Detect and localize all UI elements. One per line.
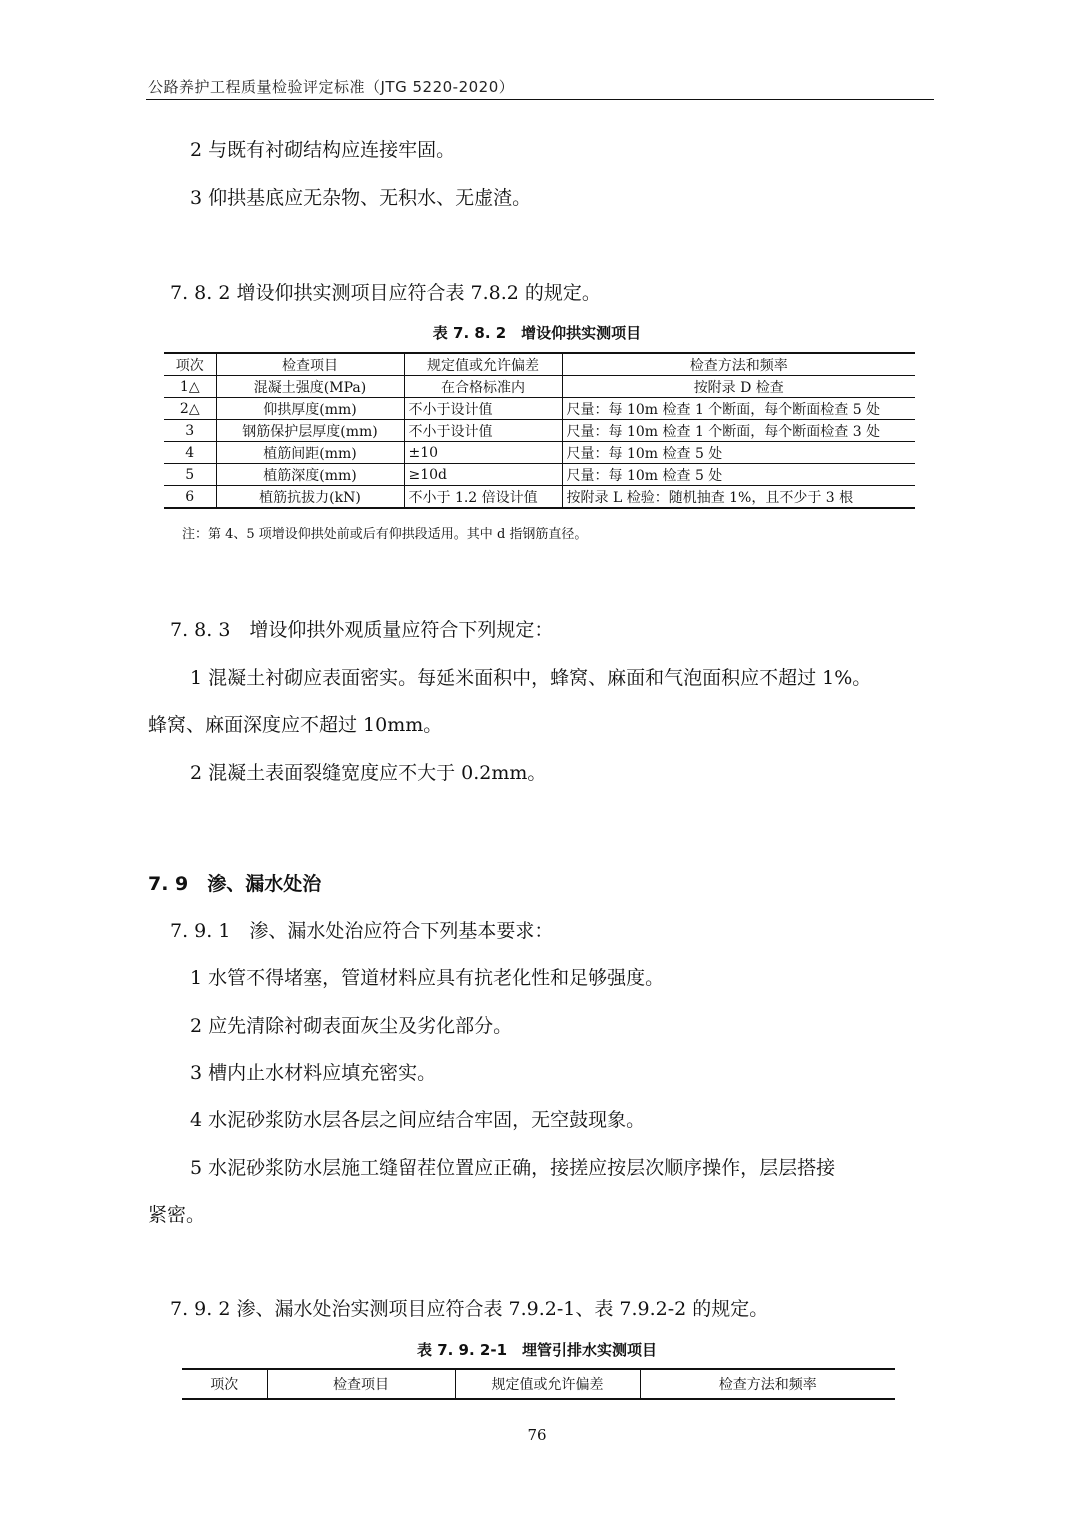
cell-spec: ±10 bbox=[404, 442, 562, 464]
cell-spec: 在合格标准内 bbox=[404, 376, 562, 398]
table-7-9-2-1: 项次 检查项目 规定值或允许偏差 检查方法和频率 bbox=[182, 1368, 895, 1400]
header-divider bbox=[146, 99, 934, 100]
clause-7-9-2: 7. 9. 2 渗、漏水处治实测项目应符合表 7.9.2-1、表 7.9.2-2… bbox=[170, 1294, 768, 1321]
clause-7-9-1-item-5: 5 水泥砂浆防水层施工缝留茬位置应正确，接搓应按层次顺序操作，层层搭接 bbox=[190, 1153, 835, 1180]
table-row: 4 植筋间距(mm) ±10 尺量：每 10m 检查 5 处 bbox=[164, 442, 915, 464]
cell-method: 按附录 D 检查 bbox=[562, 376, 915, 398]
clause-7-8-2: 7. 8. 2 增设仰拱实测项目应符合表 7.8.2 的规定。 bbox=[170, 278, 601, 305]
table-row: 3 钢筋保护层厚度(mm) 不小于设计值 尺量：每 10m 检查 1 个断面，每… bbox=[164, 420, 915, 442]
cell-index: 5 bbox=[164, 464, 216, 486]
clause-7-9-1-item-1: 1 水管不得堵塞，管道材料应具有抗老化性和足够强度。 bbox=[190, 963, 664, 990]
header-cell: 检查方法和频率 bbox=[640, 1369, 895, 1399]
cell-method: 按附录 L 检验：随机抽查 1%，且不少于 3 根 bbox=[562, 486, 915, 509]
cell-method: 尺量：每 10m 检查 5 处 bbox=[562, 464, 915, 486]
paragraph-item-3: 3 仰拱基底应无杂物、无积水、无虚渣。 bbox=[190, 183, 531, 210]
table-7-8-2-caption: 表 7. 8. 2 增设仰拱实测项目 bbox=[0, 322, 1074, 343]
table-header-row: 项次 检查项目 规定值或允许偏差 检查方法和频率 bbox=[164, 353, 915, 376]
table-row: 5 植筋深度(mm) ≥10d 尺量：每 10m 检查 5 处 bbox=[164, 464, 915, 486]
table-row: 1△ 混凝土强度(MPa) 在合格标准内 按附录 D 检查 bbox=[164, 376, 915, 398]
clause-7-8-3: 7. 8. 3 增设仰拱外观质量应符合下列规定： bbox=[170, 615, 553, 642]
cell-index: 3 bbox=[164, 420, 216, 442]
header-cell: 检查项目 bbox=[267, 1369, 455, 1399]
clause-7-9-1: 7. 9. 1 渗、漏水处治应符合下列基本要求： bbox=[170, 916, 553, 943]
table-7-9-2-1-caption: 表 7. 9. 2-1 埋管引排水实测项目 bbox=[0, 1339, 1074, 1360]
table-row: 6 植筋抗拔力(kN) 不小于 1.2 倍设计值 按附录 L 检验：随机抽查 1… bbox=[164, 486, 915, 509]
section-7-9-title: 7. 9 渗、漏水处治 bbox=[148, 869, 321, 896]
clause-7-9-1-item-4: 4 水泥砂浆防水层各层之间应结合牢固，无空鼓现象。 bbox=[190, 1105, 645, 1132]
table-7-8-2: 项次 检查项目 规定值或允许偏差 检查方法和频率 1△ 混凝土强度(MPa) 在… bbox=[164, 352, 915, 509]
cell-spec: 不小于设计值 bbox=[404, 420, 562, 442]
cell-item: 植筋间距(mm) bbox=[216, 442, 404, 464]
cell-item: 混凝土强度(MPa) bbox=[216, 376, 404, 398]
table-row: 2△ 仰拱厚度(mm) 不小于设计值 尺量：每 10m 检查 1 个断面，每个断… bbox=[164, 398, 915, 420]
cell-method: 尺量：每 10m 检查 5 处 bbox=[562, 442, 915, 464]
cell-item: 植筋抗拔力(kN) bbox=[216, 486, 404, 509]
header-cell: 检查方法和频率 bbox=[562, 353, 915, 376]
cell-method: 尺量：每 10m 检查 1 个断面，每个断面检查 3 处 bbox=[562, 420, 915, 442]
cell-index: 1△ bbox=[164, 376, 216, 398]
cell-method: 尺量：每 10m 检查 1 个断面，每个断面检查 5 处 bbox=[562, 398, 915, 420]
header-cell: 项次 bbox=[164, 353, 216, 376]
cell-item: 植筋深度(mm) bbox=[216, 464, 404, 486]
cell-index: 6 bbox=[164, 486, 216, 509]
clause-7-9-1-item-5-cont: 紧密。 bbox=[148, 1200, 205, 1227]
clause-7-8-3-item-2: 2 混凝土表面裂缝宽度应不大于 0.2mm。 bbox=[190, 758, 546, 785]
cell-index: 2△ bbox=[164, 398, 216, 420]
cell-spec: 不小于设计值 bbox=[404, 398, 562, 420]
header-cell: 检查项目 bbox=[216, 353, 404, 376]
cell-item: 钢筋保护层厚度(mm) bbox=[216, 420, 404, 442]
cell-spec: 不小于 1.2 倍设计值 bbox=[404, 486, 562, 509]
header-cell: 项次 bbox=[182, 1369, 267, 1399]
page-number: 76 bbox=[0, 1426, 1074, 1444]
clause-7-9-1-item-3: 3 槽内止水材料应填充密实。 bbox=[190, 1058, 436, 1085]
paragraph-item-2: 2 与既有衬砌结构应连接牢固。 bbox=[190, 135, 455, 162]
table-header-row: 项次 检查项目 规定值或允许偏差 检查方法和频率 bbox=[182, 1369, 895, 1399]
running-header: 公路养护工程质量检验评定标准（JTG 5220-2020） bbox=[148, 76, 934, 97]
header-cell: 规定值或允许偏差 bbox=[455, 1369, 640, 1399]
clause-7-9-1-item-2: 2 应先清除衬砌表面灰尘及劣化部分。 bbox=[190, 1011, 512, 1038]
cell-item: 仰拱厚度(mm) bbox=[216, 398, 404, 420]
clause-7-8-3-item-1-cont: 蜂窝、麻面深度应不超过 10mm。 bbox=[148, 710, 442, 737]
table-note: 注：第 4、5 项增设仰拱处前或后有仰拱段适用。其中 d 指钢筋直径。 bbox=[182, 523, 587, 542]
cell-index: 4 bbox=[164, 442, 216, 464]
cell-spec: ≥10d bbox=[404, 464, 562, 486]
clause-7-8-3-item-1: 1 混凝土衬砌应表面密实。每延米面积中，蜂窝、麻面和气泡面积应不超过 1%。 bbox=[190, 663, 871, 690]
header-cell: 规定值或允许偏差 bbox=[404, 353, 562, 376]
